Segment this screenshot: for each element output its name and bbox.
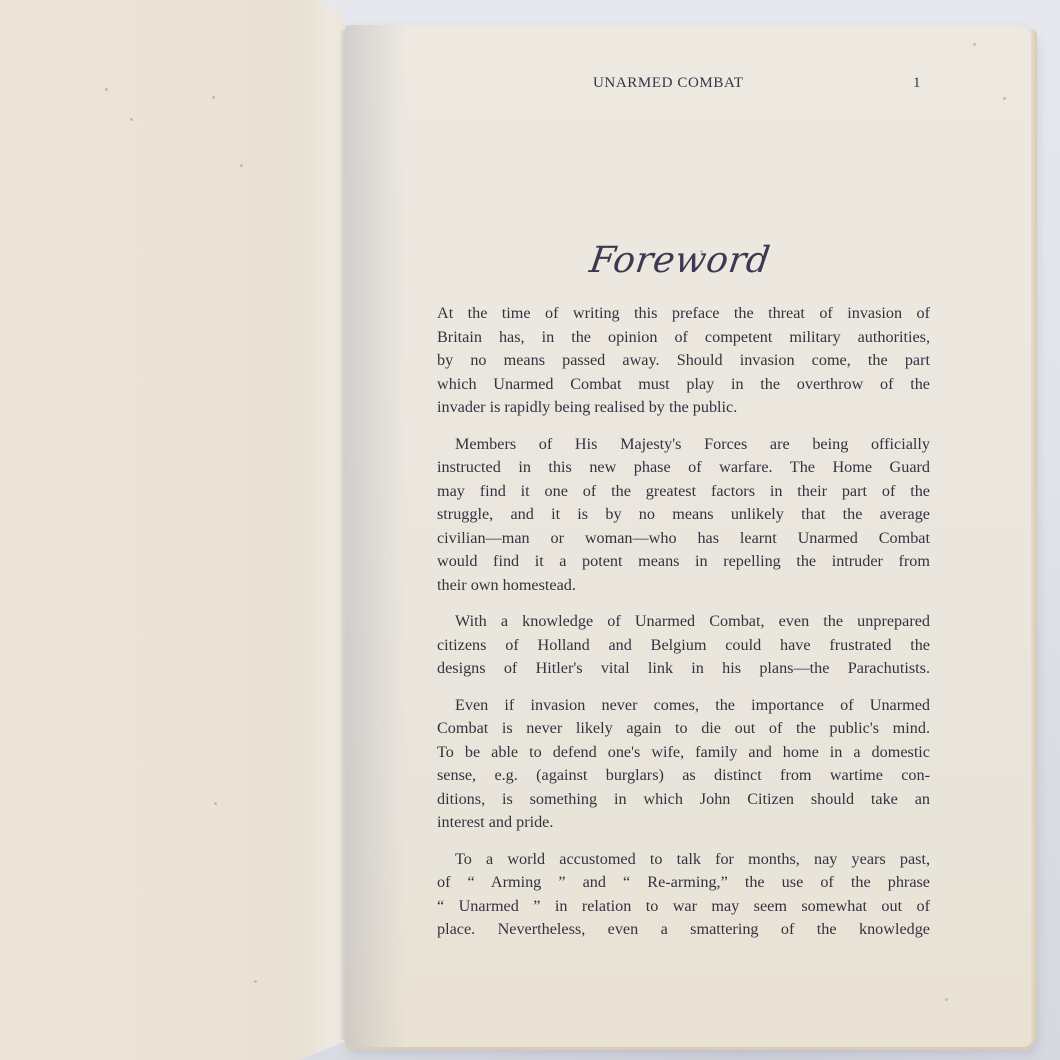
text-line: interest and pride. — [437, 811, 930, 835]
text-line: civilian—man or woman—who has learnt Una… — [437, 527, 930, 551]
text-line: At the time of writing this preface the … — [437, 302, 930, 326]
paragraph: With a knowledge of Unarmed Combat, even… — [437, 610, 930, 681]
paragraph: Even if invasion never comes, the import… — [437, 694, 930, 835]
paper-speck — [254, 980, 257, 983]
text-line: With a knowledge of Unarmed Combat, even… — [437, 610, 930, 634]
text-line: designs of Hitler's vital link in his pl… — [437, 657, 930, 681]
text-line: place. Nevertheless, even a smattering o… — [437, 918, 930, 942]
paragraph: To a world accustomed to talk for months… — [437, 848, 930, 942]
paper-speck — [214, 802, 217, 805]
paper-speck — [240, 164, 243, 167]
paragraph: Members of His Majesty's Forces are bein… — [437, 433, 930, 598]
text-line: ditions, is something in which John Citi… — [437, 788, 930, 812]
text-line: Members of His Majesty's Forces are bein… — [437, 433, 930, 457]
text-line: instructed in this new phase of warfare.… — [437, 456, 930, 480]
text-line: Even if invasion never comes, the import… — [437, 694, 930, 718]
paper-speck — [105, 88, 108, 91]
paragraph: At the time of writing this preface the … — [437, 302, 930, 420]
paper-speck — [212, 96, 215, 99]
paper-speck — [1003, 97, 1006, 100]
page-number: 1 — [913, 75, 921, 92]
paper-speck — [945, 998, 948, 1001]
text-line: their own homestead. — [437, 574, 930, 598]
text-line: Britain has, in the opinion of competent… — [437, 326, 930, 350]
paper-speck — [130, 118, 133, 121]
text-line: sense, e.g. (against burglars) as distin… — [437, 764, 930, 788]
text-line: by no means passed away. Should invasion… — [437, 349, 930, 373]
text-line: would find it a potent means in repellin… — [437, 550, 930, 574]
body-text: At the time of writing this preface the … — [437, 302, 930, 955]
text-line: To a world accustomed to talk for months… — [437, 848, 930, 872]
text-line: Combat is never likely again to die out … — [437, 717, 930, 741]
chapter-title: Foreword — [557, 240, 803, 281]
text-line: of “ Arming ” and “ Re-arming,” the use … — [437, 871, 930, 895]
paper-speck — [973, 43, 976, 46]
text-line: citizens of Holland and Belgium could ha… — [437, 634, 930, 658]
running-head: UNARMED COMBAT — [593, 75, 744, 92]
text-line: struggle, and it is by no means unlikely… — [437, 503, 930, 527]
text-line: may find it one of the greatest factors … — [437, 480, 930, 504]
left-page-blank — [0, 0, 348, 1060]
text-line: invader is rapidly being realised by the… — [437, 396, 930, 420]
text-line: which Unarmed Combat must play in the ov… — [437, 373, 930, 397]
text-line: “ Unarmed ” in relation to war may seem … — [437, 895, 930, 919]
text-line: To be able to defend one's wife, family … — [437, 741, 930, 765]
